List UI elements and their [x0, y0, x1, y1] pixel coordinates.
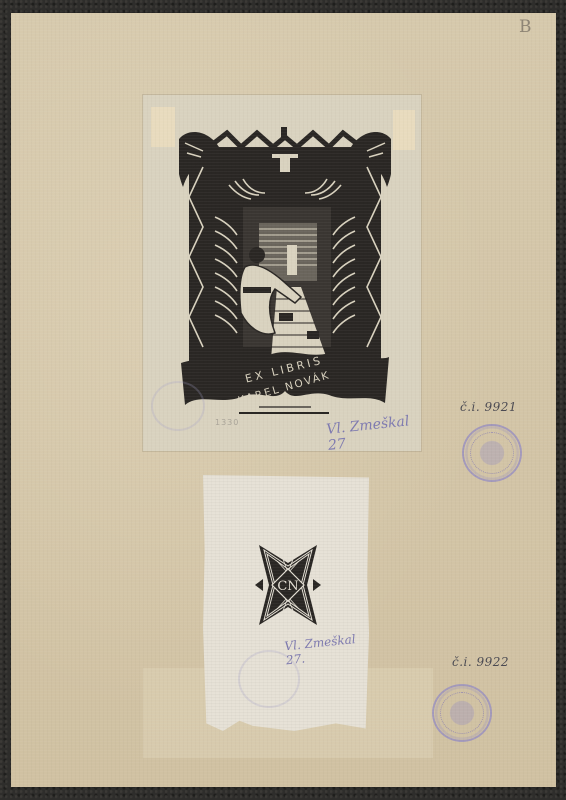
pencil-number: 1330	[215, 418, 239, 427]
tape-mark	[151, 107, 175, 147]
faded-stamp	[151, 381, 205, 431]
sheet-letter: B	[519, 17, 532, 37]
mounting-board: B	[11, 13, 556, 787]
bookplate-print-karel-novak: EX LIBRIS KAREL NOVÁK 1330 Vl. Zmeškal 2…	[143, 95, 421, 451]
bookplate-print-cn-monogram: CN Vl. Zmeškal 27.	[203, 475, 369, 731]
tape-mark	[393, 110, 415, 150]
faded-stamp	[238, 650, 300, 708]
artist-signature: Vl. Zmeškal 27.	[284, 631, 370, 668]
collection-stamp	[462, 424, 522, 482]
monogram-text: CN	[277, 579, 298, 594]
star-monogram-icon: CN	[255, 543, 321, 627]
collection-stamp	[432, 684, 492, 742]
inventory-number: č.i. 9921	[460, 400, 517, 414]
woodcut-image: EX LIBRIS KAREL NOVÁK	[179, 127, 391, 419]
inventory-number: č.i. 9922	[452, 655, 509, 669]
